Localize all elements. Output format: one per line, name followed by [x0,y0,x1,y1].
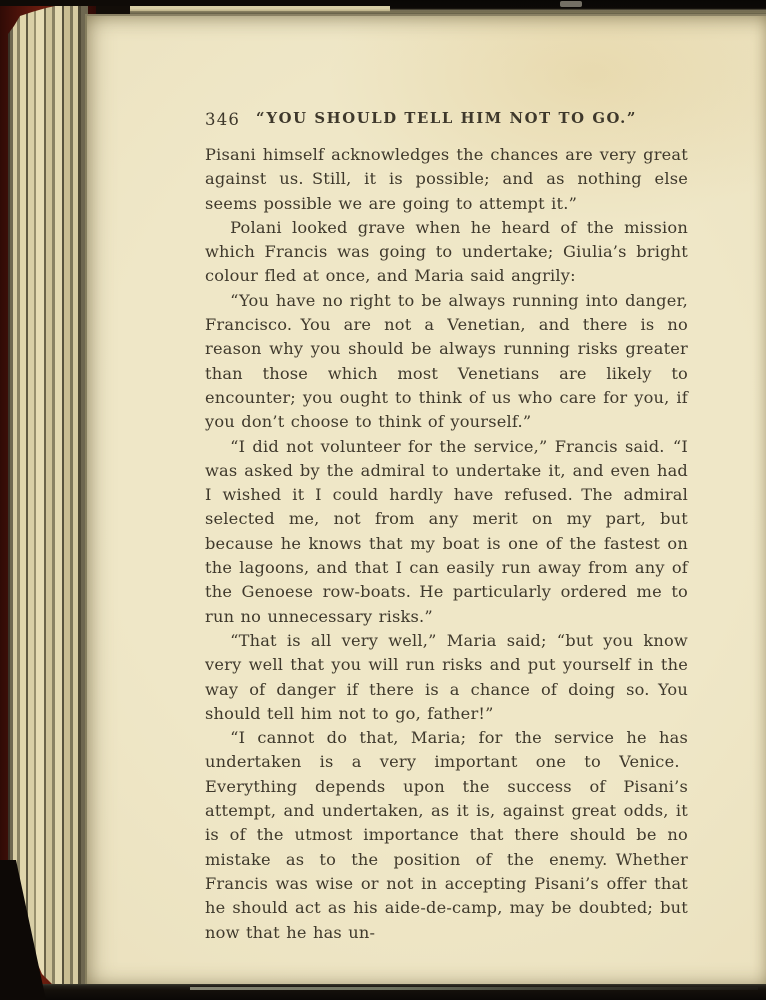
scanned-page: 346 “YOU SHOULD TELL HIM NOT TO GO.” Pis… [85,14,766,985]
page-edge-stack [6,0,88,1000]
top-edge-glint [560,1,582,7]
running-title: “YOU SHOULD TELL HIM NOT TO GO.” [205,110,688,127]
paragraph: “That is all very well,” Maria said; “bu… [205,629,688,726]
paragraph: Pisani himself acknowledges the chances … [205,143,688,216]
page-number: 346 [205,110,240,129]
paragraph: Polani looked grave when he heard of the… [205,216,688,289]
page-body: Pisani himself acknowledges the chances … [205,143,688,945]
book-scan: 346 “YOU SHOULD TELL HIM NOT TO GO.” Pis… [0,0,766,1000]
paragraph: “I cannot do that, Maria; for the servic… [205,726,688,945]
bottom-shadow-band [0,984,766,1000]
paragraph: “I did not volunteer for the service,” F… [205,435,688,629]
page-bottom-edge-highlight [190,987,758,990]
page-header: 346 “YOU SHOULD TELL HIM NOT TO GO.” [205,110,688,129]
paragraph: “You have no right to be always running … [205,289,688,435]
